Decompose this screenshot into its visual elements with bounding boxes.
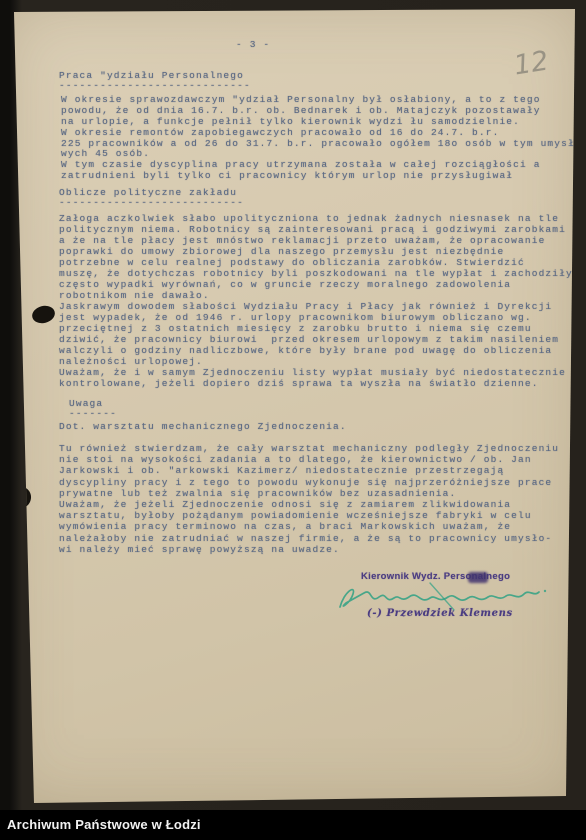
section1-heading: Praca "ydziału Personalnego ------------…: [59, 71, 251, 91]
typed-line: jest wypadek, że od 1946 r. urlopy praco…: [59, 312, 573, 323]
typed-line: Załoga aczkolwiek słabo upolityczniona t…: [59, 213, 573, 224]
typed-line: warsztatu, byłoby pożądanym powiadomieni…: [59, 510, 559, 521]
typed-line: kontrolowane, jeżeli dopiero dziś sprawa…: [59, 378, 573, 389]
typed-line: potrzebne w celu realnej podstawy do obl…: [59, 257, 573, 268]
typed-line: należności urlopowej.: [59, 356, 573, 367]
typed-line: należałoby nie zatrudniać w naszej firmi…: [59, 533, 559, 544]
punch-hole: [30, 303, 56, 325]
typed-line: Uważam, że jeżeli Zjednoczenie odnosi si…: [59, 499, 559, 510]
title-underline: ---------------------------: [59, 198, 244, 208]
typed-line: robotnikom nie dawało.: [59, 290, 573, 301]
archive-footer-bar: Archiwum Państwowe w Łodzi: [0, 810, 586, 840]
typed-line: wi należy mieć sprawę powyższą na uwadze…: [59, 544, 559, 555]
typed-line: Uważam, że i w samym Zjednoczeniu listy …: [59, 367, 573, 378]
typed-line: poprawki do umowy zbiorowej dla naszego …: [59, 246, 573, 257]
page-number: - 3 -: [236, 39, 270, 50]
typed-line: a że na tle płacy jest mnóstwo reklamacj…: [59, 235, 573, 246]
typed-line: Jarkowski i ob. "arkowski Kazimerz/ nied…: [59, 465, 559, 476]
name-stamp: (-) Przewdziek Klemens: [367, 608, 513, 619]
typed-line: przeciętnej z 3 ostatnich miesięcy z zar…: [59, 323, 573, 334]
pencil-annotation: 12: [512, 46, 551, 82]
typed-line: zatrudnieni byli tylko ci pracownicy któ…: [61, 171, 586, 182]
title-underline: ----------------------------: [59, 81, 251, 91]
archive-scan-viewer: - 3 - 12 Praca "ydziału Personalnego ---…: [0, 0, 586, 840]
document-page: - 3 - 12 Praca "ydziału Personalnego ---…: [0, 0, 586, 812]
section2-heading: Oblicze polityczne zakładu -------------…: [59, 188, 244, 208]
typed-line: Jaskrawym dowodem słabości Wydziału Prac…: [59, 301, 573, 312]
section2-paragraph: Załoga aczkolwiek słabo upolityczniona t…: [59, 213, 573, 389]
typed-line: W okresie remontów zapobiegawczych praco…: [61, 128, 586, 139]
typed-line: wymówienia pracy terminowo na czas, a br…: [59, 521, 559, 532]
typed-line: nie stoi na wysokości zadania a to dlate…: [59, 454, 559, 465]
section3-paragraph: Tu również stwierdzam, że cały warsztat …: [59, 443, 559, 555]
title-underline: -------: [69, 409, 117, 419]
archive-name-label: Archiwum Państwowe w Łodzi: [7, 817, 201, 832]
section1-paragraph: W okresie sprawozdawczym "ydział Persona…: [61, 95, 586, 182]
section3-subject: Dot. warsztatu mechanicznego Zjednoczeni…: [59, 421, 347, 432]
section3-heading: Uwaga -------: [69, 399, 117, 419]
typed-line: dziwić, że pracownicy biurowi przed okre…: [59, 334, 573, 345]
typed-line: walczyli o godziny nadliczbowe, które by…: [59, 345, 573, 356]
typed-line: politycznym niema. Robotnicy są zaintere…: [59, 224, 573, 235]
typed-line: często wypadki wyrównań, co w gruncie rz…: [59, 279, 573, 290]
punch-hole: [10, 486, 32, 510]
typed-line: Tu również stwierdzam, że cały warsztat …: [59, 443, 559, 454]
typed-line: muszę, że dotychczas robotnicy byli posz…: [59, 268, 573, 279]
typed-line: prywatne lub też zwalnia się pracowników…: [59, 488, 559, 499]
typed-line: dyscypliny pracy i z tego to powodu wyko…: [59, 477, 559, 488]
